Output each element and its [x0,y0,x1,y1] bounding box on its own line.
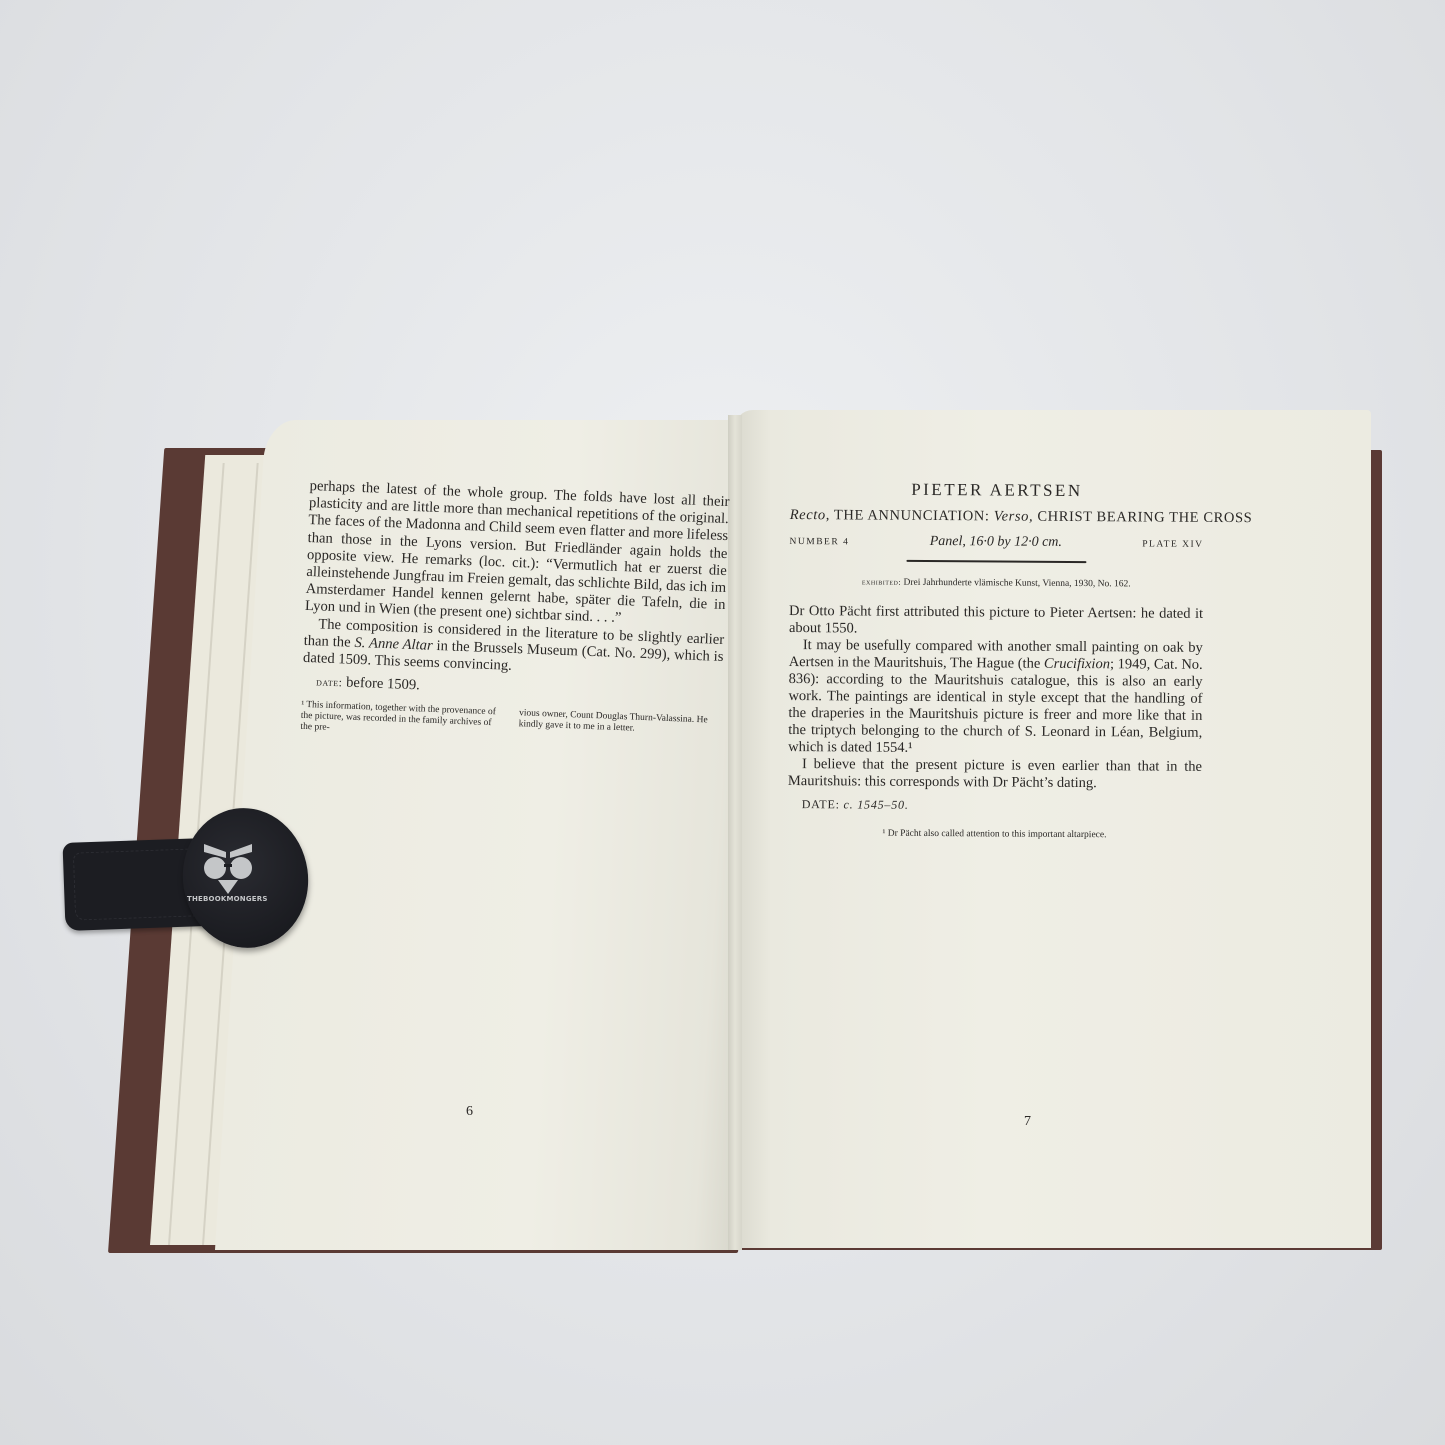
recto-label: Recto, [790,507,830,523]
bookmark-brand: THEBOOKMONGERS [187,895,267,903]
right-paragraph-2-title: Crucifixion [1044,655,1110,671]
right-page-number: 7 [1024,1114,1031,1130]
artist-heading: PIETER AERTSEN [790,480,1204,500]
left-paragraph-2-title: S. Anne Altar [354,635,433,654]
right-paragraph-3: I believe that the present picture is ev… [788,755,1202,792]
left-page-number: 6 [466,1104,473,1120]
exhibited-label: exhibited: [862,577,901,586]
right-page-text: PIETER AERTSEN Recto, THE ANNUNCIATION: … [787,480,1204,844]
catalogue-meta: NUMBER 4 Panel, 16·0 by 12·0 cm. PLATE X… [790,532,1204,554]
right-footnote: ¹ Dr Pächt also called attention to this… [787,824,1201,844]
exhibited-line: exhibited: Drei Jahrhunderte vlämische K… [789,572,1203,593]
catalogue-number: NUMBER 4 [790,534,850,551]
right-body: Dr Otto Pächt first attributed this pict… [787,602,1203,844]
panel-dimensions: Panel, 16·0 by 12·0 cm. [930,533,1062,551]
verso-title: CHRIST BEARING THE CROSS [1033,509,1252,527]
left-date-value: before 1509. [342,675,420,694]
book-gutter [728,415,742,1250]
recto-title: THE ANNUNCIATION: [830,507,994,524]
exhibited-value: Drei Jahrhunderte vlämische Kunst, Vienn… [901,577,1131,589]
owl-book-glasses-icon [192,838,264,898]
right-paragraph-2: It may be usefully compared with another… [788,636,1203,758]
right-date-label: DATE: [802,797,840,811]
artwork-title: Recto, THE ANNUNCIATION: Verso, CHRIST B… [790,507,1204,527]
divider-rule [906,560,1086,563]
right-date-line: DATE: c. 1545–50. [788,795,1202,815]
right-date-value: c. 1545–50. [840,797,909,811]
left-page-text: perhaps the latest of the whole group. T… [300,478,729,749]
left-date-label: date: [316,675,343,690]
verso-label: Verso, [994,508,1034,524]
plate-number: PLATE XIV [1142,536,1203,553]
right-paragraph-1: Dr Otto Pächt first attributed this pict… [789,602,1203,639]
left-paragraph-1: perhaps the latest of the whole group. T… [305,478,730,632]
